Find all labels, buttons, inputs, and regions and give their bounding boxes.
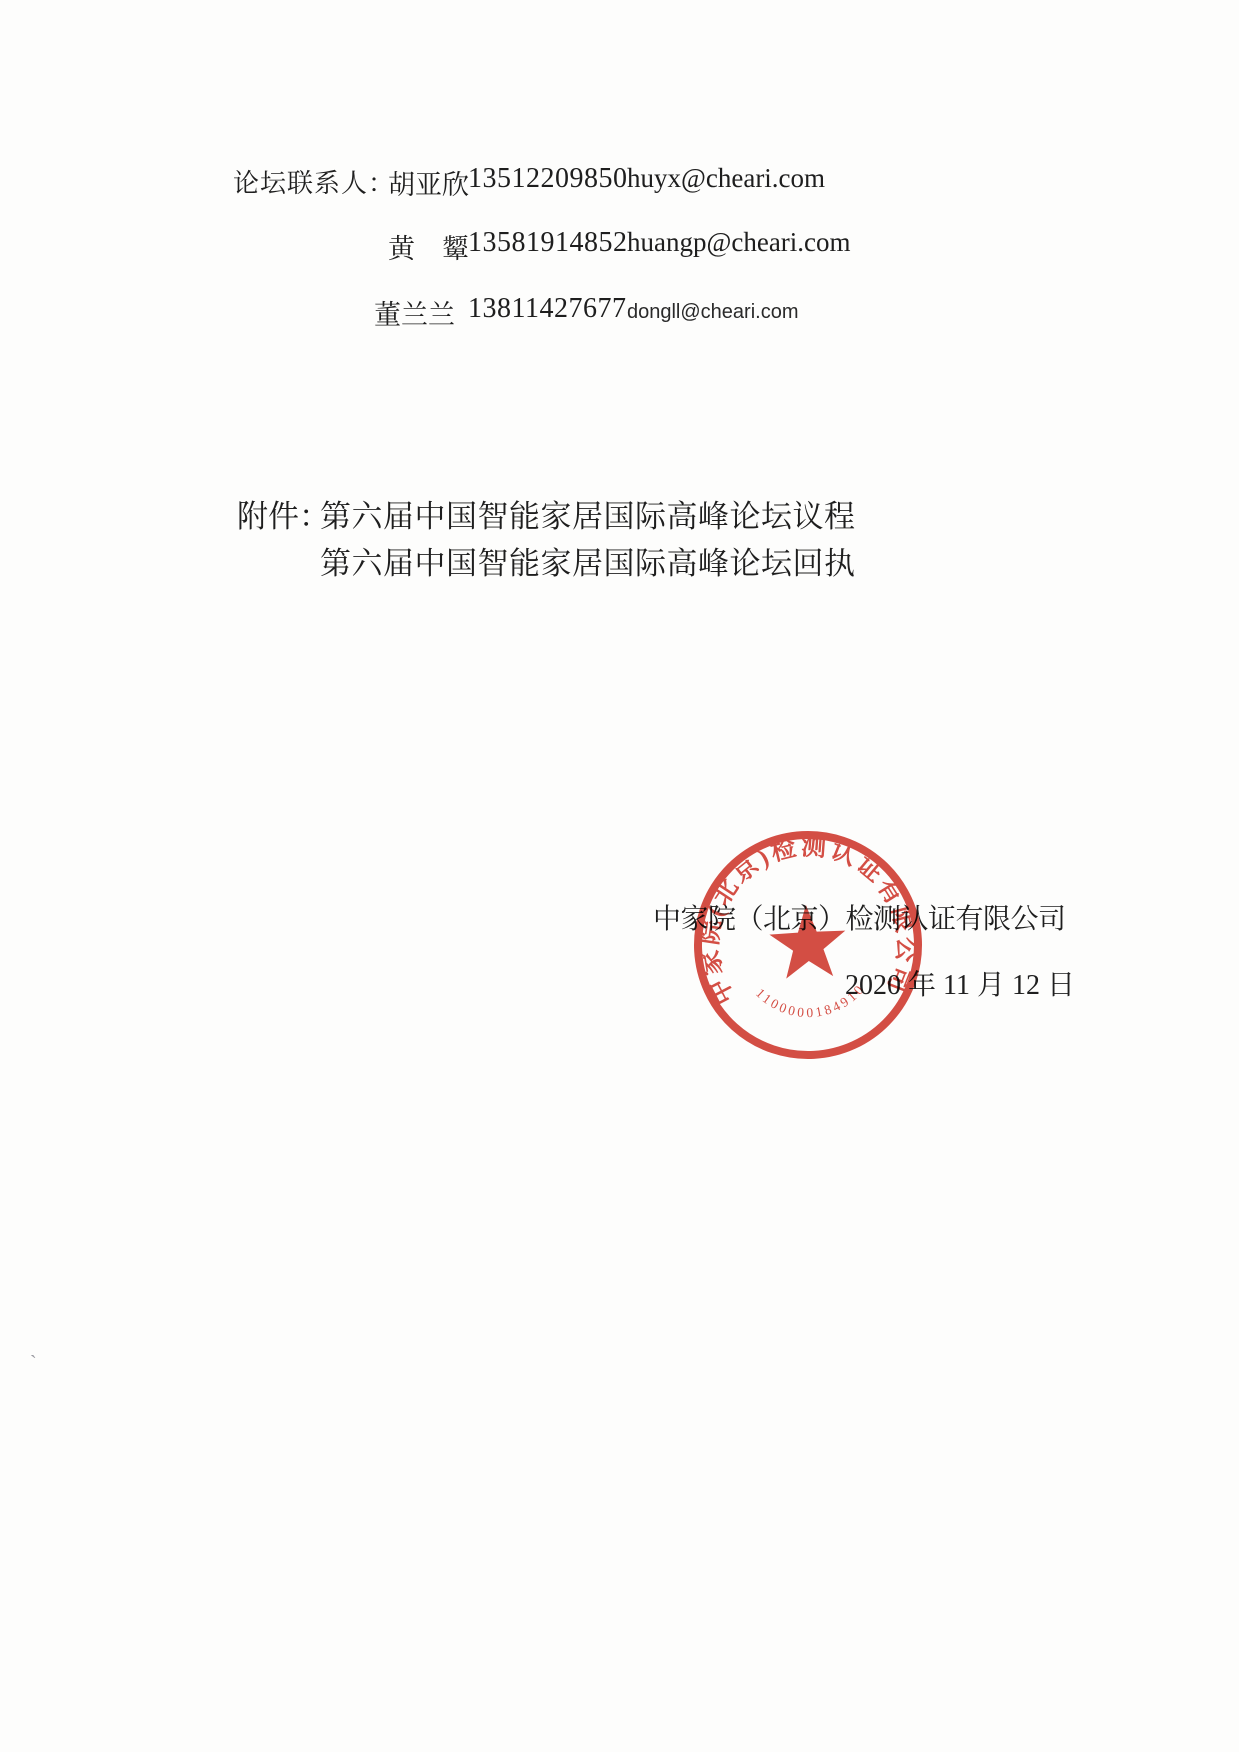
- contact-row: 黄 颦 13581914852 huangp@cheari.com: [0, 227, 1239, 267]
- contact-name: 董兰兰: [374, 293, 455, 332]
- contact-row: 董兰兰 13811427677 dongll@cheari.com: [0, 293, 1239, 333]
- contact-phone: 13581914852: [468, 227, 628, 259]
- contacts-label: 论坛联系人：: [233, 163, 395, 200]
- letter-page: 论坛联系人： 胡亚欣 13512209850 huyx@cheari.com 黄…: [0, 0, 1239, 1752]
- official-seal-stamp: 中家院(北京)检测认证有限公司 1100000184910: [682, 819, 934, 1071]
- seal-serial-number: 1100000184910: [752, 980, 869, 1023]
- contact-name: 胡亚欣: [388, 163, 469, 202]
- scan-artifact-mark: `: [30, 1352, 37, 1375]
- contact-row: 论坛联系人： 胡亚欣 13512209850 huyx@cheari.com: [0, 163, 1239, 203]
- contact-email: dongll@cheari.com: [627, 301, 799, 324]
- contact-name: 黄 颦: [388, 227, 469, 266]
- contact-phone: 13811427677: [468, 293, 626, 325]
- star-icon: [768, 903, 848, 979]
- contact-phone: 13512209850: [468, 163, 628, 195]
- attachments-label: 附件：: [237, 491, 330, 536]
- attachment-item: 第六届中国智能家居国际高峰论坛议程: [320, 491, 856, 536]
- contact-email: huangp@cheari.com: [627, 227, 851, 258]
- attachment-item: 第六届中国智能家居国际高峰论坛回执: [320, 538, 856, 583]
- contact-email: huyx@cheari.com: [627, 163, 825, 194]
